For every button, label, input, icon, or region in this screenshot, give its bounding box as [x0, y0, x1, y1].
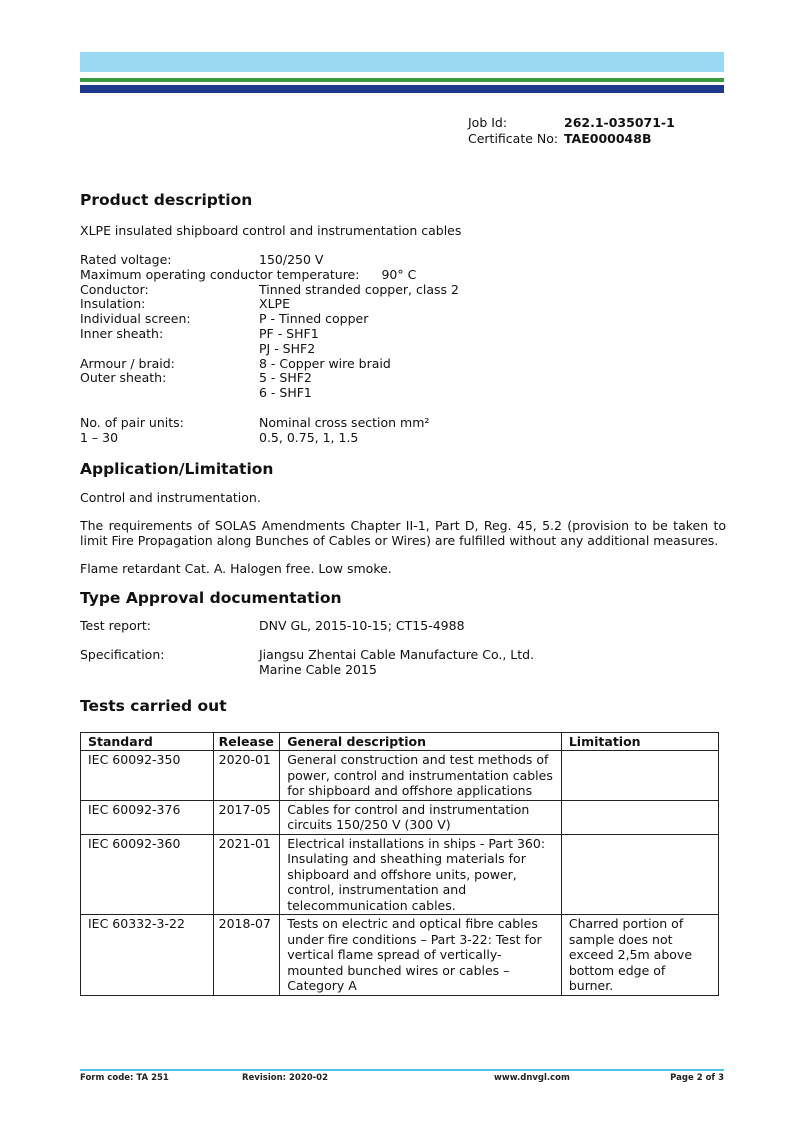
cell-limitation [561, 751, 718, 801]
application-paragraph-1: Control and instrumentation. [80, 490, 726, 505]
property-row: Outer sheath:5 - SHF2 [80, 371, 726, 386]
property-value: XLPE [259, 297, 726, 312]
test-report-label: Test report: [80, 619, 259, 634]
document-identifiers: Job Id: 262.1-035071-1 Certificate No: T… [468, 115, 675, 147]
pairs-value-row: 1 – 30 0.5, 0.75, 1, 1.5 [80, 431, 726, 446]
tests-table: Standard Release General description Lim… [80, 732, 719, 996]
product-properties: Rated voltage: 150/250 V Maximum operati… [80, 253, 726, 446]
cell-description: Cables for control and instrumentation c… [280, 800, 562, 834]
column-release: Release [213, 732, 280, 751]
property-value: PF - SHF1 [259, 327, 726, 342]
specification-row: Specification: Jiangsu Zhentai Cable Man… [80, 648, 726, 678]
application-paragraph-3: Flame retardant Cat. A. Halogen free. Lo… [80, 561, 726, 576]
cell-release: 2018-07 [213, 915, 280, 996]
rated-voltage-row: Rated voltage: 150/250 V [80, 253, 726, 268]
pairs-label: No. of pair units: [80, 416, 259, 431]
certificate-value: TAE000048B [564, 131, 651, 147]
cell-release: 2020-01 [213, 751, 280, 801]
test-report-value: DNV GL, 2015-10-15; CT15-4988 [259, 619, 726, 634]
job-id-value: 262.1-035071-1 [564, 115, 675, 131]
cross-section-value: 0.5, 0.75, 1, 1.5 [259, 431, 726, 446]
cell-standard: IEC 60092-360 [81, 834, 214, 915]
property-label: Inner sheath: [80, 327, 259, 342]
header-band-dark-blue [80, 85, 724, 93]
product-description-heading: Product description [80, 190, 726, 210]
max-temperature-value: 90° C [381, 268, 416, 283]
property-label: Conductor: [80, 283, 259, 298]
max-temperature-label: Maximum operating conductor temperature: [80, 268, 359, 283]
property-list: Conductor:Tinned stranded copper, class … [80, 283, 726, 401]
property-label [80, 386, 259, 401]
cell-limitation [561, 800, 718, 834]
table-row: IEC 60332-3-222018-07Tests on electric a… [81, 915, 719, 996]
type-approval-heading: Type Approval documentation [80, 588, 726, 608]
property-row: Armour / braid:8 - Copper wire braid [80, 357, 726, 372]
property-label: Insulation: [80, 297, 259, 312]
property-label: Individual screen: [80, 312, 259, 327]
tests-table-header: Standard Release General description Lim… [81, 732, 719, 751]
page-number: Page 2 of 3 [670, 1073, 724, 1083]
table-row: IEC 60092-3502020-01General construction… [81, 751, 719, 801]
rated-voltage-label: Rated voltage: [80, 253, 259, 268]
max-temperature-row: Maximum operating conductor temperature:… [80, 268, 726, 283]
job-id-label: Job Id: [468, 115, 564, 131]
cell-limitation [561, 834, 718, 915]
cell-description: Tests on electric and optical fibre cabl… [280, 915, 562, 996]
property-value: P - Tinned copper [259, 312, 726, 327]
tests-heading: Tests carried out [80, 696, 726, 716]
header-band-light-blue [80, 52, 724, 72]
pairs-header-row: No. of pair units: Nominal cross section… [80, 416, 726, 431]
property-row: Insulation:XLPE [80, 297, 726, 312]
table-row: IEC 60092-3602021-01Electrical installat… [81, 834, 719, 915]
revision: Revision: 2020-02 [242, 1073, 328, 1083]
rated-voltage-value: 150/250 V [259, 253, 726, 268]
property-row: Conductor:Tinned stranded copper, class … [80, 283, 726, 298]
column-standard: Standard [81, 732, 214, 751]
header-band-green [80, 78, 724, 82]
certificate-label: Certificate No: [468, 131, 564, 147]
cell-release: 2017-05 [213, 800, 280, 834]
column-description: General description [280, 732, 562, 751]
property-label [80, 342, 259, 357]
application-paragraph-2: The requirements of SOLAS Amendments Cha… [80, 518, 726, 548]
test-report-row: Test report: DNV GL, 2015-10-15; CT15-49… [80, 619, 726, 634]
specification-line-2: Marine Cable 2015 [259, 663, 726, 678]
property-value: 8 - Copper wire braid [259, 357, 726, 372]
property-value: 6 - SHF1 [259, 386, 726, 401]
property-row: 6 - SHF1 [80, 386, 726, 401]
cell-standard: IEC 60092-350 [81, 751, 214, 801]
specification-line-1: Jiangsu Zhentai Cable Manufacture Co., L… [259, 648, 726, 663]
cell-standard: IEC 60332-3-22 [81, 915, 214, 996]
specification-label: Specification: [80, 648, 259, 678]
cross-section-label: Nominal cross section mm² [259, 416, 726, 431]
pairs-value: 1 – 30 [80, 431, 259, 446]
cell-description: Electrical installations in ships - Part… [280, 834, 562, 915]
property-value: Tinned stranded copper, class 2 [259, 283, 726, 298]
form-code: Form code: TA 251 [80, 1073, 169, 1083]
specification-value: Jiangsu Zhentai Cable Manufacture Co., L… [259, 648, 726, 678]
website-link[interactable]: www.dnvgl.com [494, 1073, 570, 1083]
property-row: Individual screen:P - Tinned copper [80, 312, 726, 327]
table-row: IEC 60092-3762017-05Cables for control a… [81, 800, 719, 834]
cell-description: General construction and test methods of… [280, 751, 562, 801]
cell-standard: IEC 60092-376 [81, 800, 214, 834]
property-row: PJ - SHF2 [80, 342, 726, 357]
property-value: 5 - SHF2 [259, 371, 726, 386]
property-value: PJ - SHF2 [259, 342, 726, 357]
product-summary: XLPE insulated shipboard control and ins… [80, 223, 726, 238]
property-label: Outer sheath: [80, 371, 259, 386]
application-heading: Application/Limitation [80, 459, 726, 479]
cell-limitation: Charred portion of sample does not excee… [561, 915, 718, 996]
footer-divider [80, 1069, 724, 1071]
document-body: Product description XLPE insulated shipb… [80, 190, 726, 996]
cell-release: 2021-01 [213, 834, 280, 915]
property-row: Inner sheath:PF - SHF1 [80, 327, 726, 342]
property-label: Armour / braid: [80, 357, 259, 372]
column-limitation: Limitation [561, 732, 718, 751]
